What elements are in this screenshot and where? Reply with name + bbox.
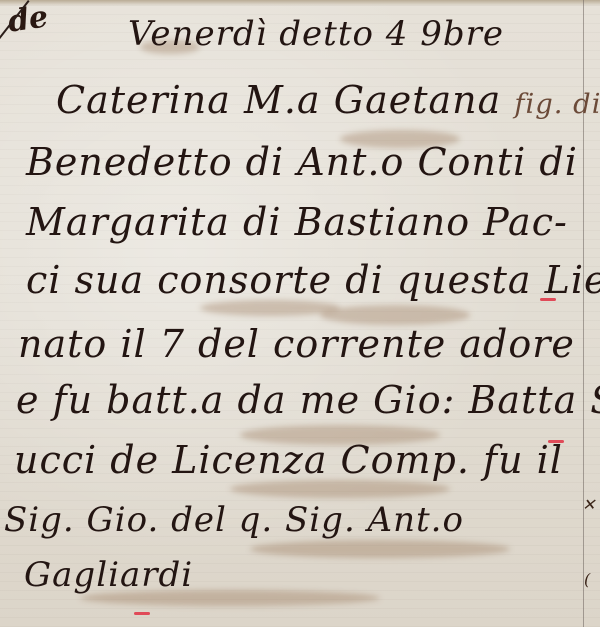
line-text: Sig. Gio. del q. Sig. Ant.o <box>4 500 464 540</box>
line-text: nato il 7 del corrente adore <box>18 322 575 366</box>
line-text: Caterina M.a Gaetana <box>56 78 501 122</box>
ink-bleed <box>250 540 510 558</box>
red-pencil-mark <box>540 298 556 301</box>
line-text: e fu batt.a da me Gio: Batta Salv- <box>16 378 600 422</box>
entry-line: Caterina M.a Gaetana fig. di <box>56 78 600 122</box>
entry-line: ci sua consorte di questa Lieu- <box>26 258 600 302</box>
entry-line: ucci de Licenza Comp. fu il <box>14 438 563 482</box>
line-text: Venerdì detto 4 9bre <box>128 14 504 54</box>
ink-bleed <box>200 300 340 316</box>
manuscript-page: de Venerdì detto 4 9bre Caterina M.a Gae… <box>0 0 600 627</box>
paper-top-edge <box>0 0 600 6</box>
entry-line: Gagliardi <box>24 555 193 595</box>
margin-note: fig. di <box>514 89 600 120</box>
red-pencil-mark <box>548 440 564 443</box>
entry-line: Margarita di Bastiano Pac- <box>26 200 568 244</box>
entry-line: Sig. Gio. del q. Sig. Ant.o <box>4 500 464 540</box>
entry-line: Benedetto di Ant.o Conti di <box>26 140 578 184</box>
entry-heading: Venerdì detto 4 9bre <box>128 14 504 54</box>
ink-bleed <box>230 480 450 498</box>
entry-line: nato il 7 del corrente adore <box>18 322 575 366</box>
entry-line: e fu batt.a da me Gio: Batta Salv- <box>16 378 600 422</box>
margin-mark: ✕ <box>582 495 595 514</box>
margin-mark: ( <box>584 570 590 589</box>
line-text: Benedetto di Ant.o Conti di <box>26 140 578 184</box>
red-pencil-mark <box>134 612 150 615</box>
line-text: Margarita di Bastiano Pac- <box>26 200 568 244</box>
line-text: ci sua consorte di questa Lieu- <box>26 258 600 302</box>
line-text: Gagliardi <box>24 555 193 595</box>
line-text: ucci de Licenza Comp. fu il <box>14 438 563 482</box>
